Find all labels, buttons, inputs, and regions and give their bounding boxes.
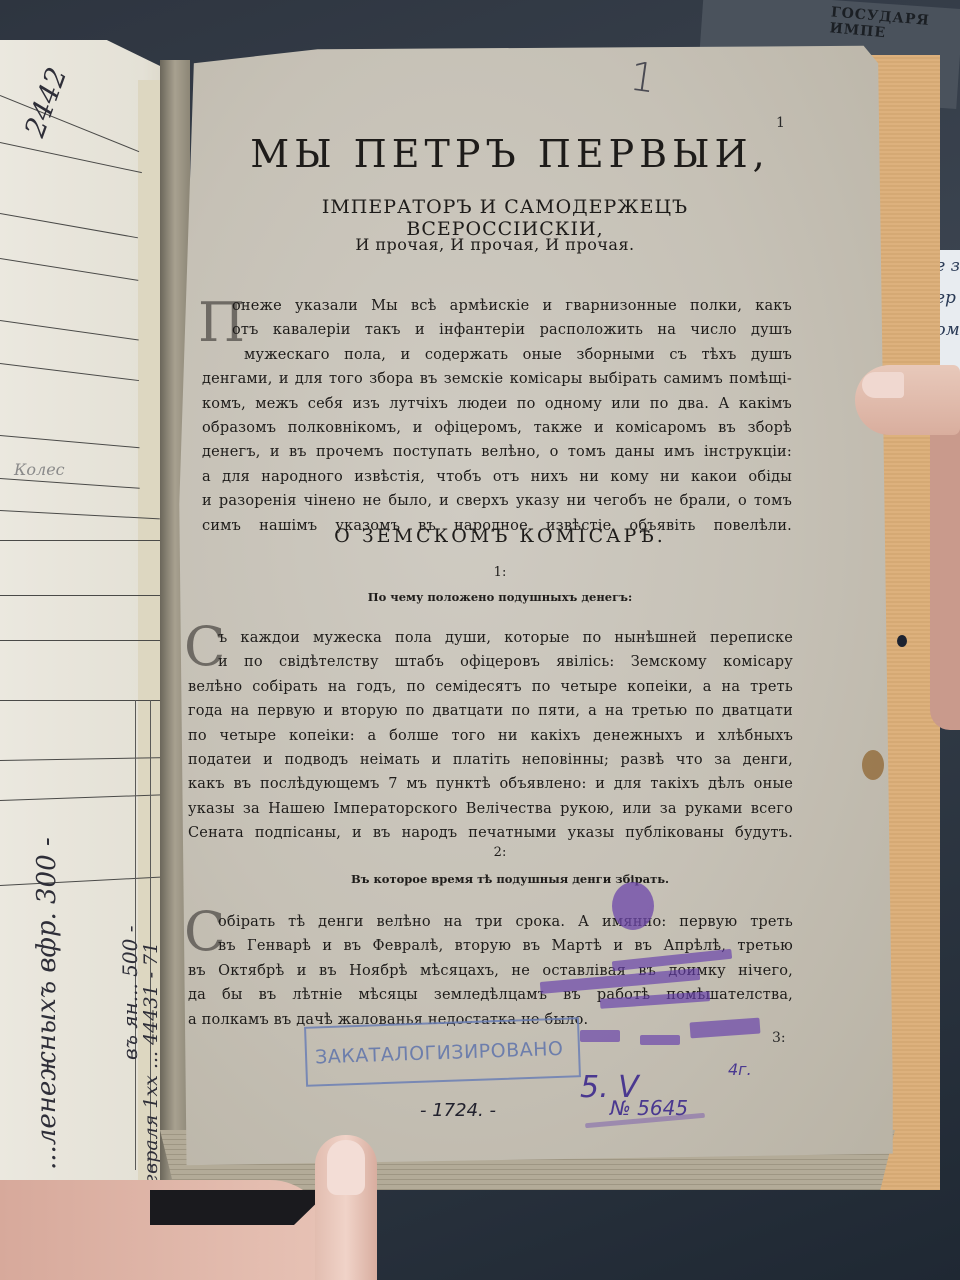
section-line: года на первую и вторую по дватцати по п… bbox=[188, 699, 793, 723]
board-ink-spot bbox=[897, 635, 907, 647]
decree-title: МЫ ПЕТРЪ ПЕРВЫИ, bbox=[250, 132, 770, 176]
preamble-line: денегъ, и въ прочемъ поступать велѣно, о… bbox=[202, 440, 792, 464]
preamble-line: а для народного извѣстія, чтобъ отъ нихъ… bbox=[202, 465, 792, 489]
preamble-line: отъ кавалеріи такъ и інфантеріи располож… bbox=[202, 318, 792, 342]
handwritten-ledger-entry: февраля 1хх ... 44431 - 71 bbox=[140, 942, 162, 1200]
section-line: по четыре копеіки: а болше того ни какіх… bbox=[188, 724, 793, 748]
ledger-rule bbox=[0, 700, 160, 701]
section-number: 1: bbox=[380, 565, 620, 580]
handwritten-ledger-entry: ...ленежныхъ вфр. 300 - bbox=[32, 837, 62, 1170]
catalogued-stamp: ЗАКАТАЛОГИЗИРОВАНО bbox=[304, 1017, 581, 1087]
ledger-rule bbox=[0, 640, 160, 641]
handwritten-faded-note: Колес bbox=[14, 460, 65, 479]
preamble-line: и разоренія чінено не было, и сверхъ ука… bbox=[202, 489, 792, 513]
preamble-line: онеже указали Мы всѣ армѣискіе и гварниз… bbox=[202, 294, 792, 318]
purple-stamp-smear bbox=[640, 1035, 680, 1045]
section-line: какъ въ послѣдующемъ 7 мъ пунктѣ объявле… bbox=[188, 772, 793, 796]
preamble-line: образомъ полковнікомъ, и офіцеромъ, такж… bbox=[202, 416, 792, 440]
section-line: и по свідѣтелству штабъ офіцеровъ явіліс… bbox=[188, 650, 793, 674]
section-number: 2: bbox=[380, 845, 620, 860]
section-line: ъ каждои мужеска пола души, которые по н… bbox=[188, 626, 793, 650]
ledger-rule bbox=[0, 540, 160, 541]
section-line: обірать тѣ денги велѣно на три срока. А … bbox=[188, 910, 793, 934]
section-line: въ Октябрѣ и въ Ноябрѣ мѣсяцахъ, не оста… bbox=[188, 959, 793, 983]
handwritten-ledger-entry: въ ян... 500 - bbox=[118, 926, 142, 1060]
section-heading: Въ которое время тѣ подушныя денги збіра… bbox=[300, 872, 720, 886]
publication-year: - 1724. - bbox=[420, 1100, 496, 1121]
catchword-next-section: 3: bbox=[772, 1030, 786, 1046]
decree-etc-line: И прочая, И прочая, И прочая. bbox=[240, 235, 750, 254]
section-heading: По чему положено подушныхъ денегъ: bbox=[280, 590, 720, 604]
section-line: Сената подпісаны, и въ народъ печатными … bbox=[188, 821, 793, 845]
section-line: указы за Нашею Імператорского Велічества… bbox=[188, 797, 793, 821]
preamble-line: денгами, и для того збора въ земскіе ком… bbox=[202, 367, 792, 391]
preamble-line: мужескаго пола, и содержать оные зборным… bbox=[202, 343, 792, 367]
section-line: податеи и подводъ неімать и платіть непо… bbox=[188, 748, 793, 772]
purple-seal-stamp bbox=[612, 882, 654, 930]
decree-subtitle: ІМПЕРАТОРЪ И САМОДЕРЖЕЦЪ ВСЕРОССІИСКІИ, bbox=[220, 196, 790, 240]
right-thumbnail bbox=[862, 372, 904, 398]
section-paragraph: обірать тѣ денги велѣно на три срока. А … bbox=[188, 910, 793, 1032]
preamble-line: комъ, межъ себя изъ лутчіхъ людеи по одн… bbox=[202, 392, 792, 416]
corner-signature-mark: 1 bbox=[776, 115, 785, 131]
section-line: велѣно собірать на годъ, по семідесятъ п… bbox=[188, 675, 793, 699]
fingernail bbox=[327, 1140, 365, 1195]
ledger-rule bbox=[0, 595, 160, 596]
preamble-paragraph: онеже указали Мы всѣ армѣискіе и гварниз… bbox=[202, 294, 792, 538]
section-paragraph: ъ каждои мужеска пола души, которые по н… bbox=[188, 626, 793, 846]
inventory-year-suffix: 4г. bbox=[728, 1060, 752, 1079]
water-stain bbox=[862, 750, 884, 780]
section-title-zemsky-commissar: О ЗЕМСКОМЪ КОМІСАРѢ. bbox=[240, 525, 760, 547]
inventory-number: № 5645 bbox=[610, 1096, 688, 1120]
purple-stamp-smear bbox=[580, 1030, 620, 1042]
